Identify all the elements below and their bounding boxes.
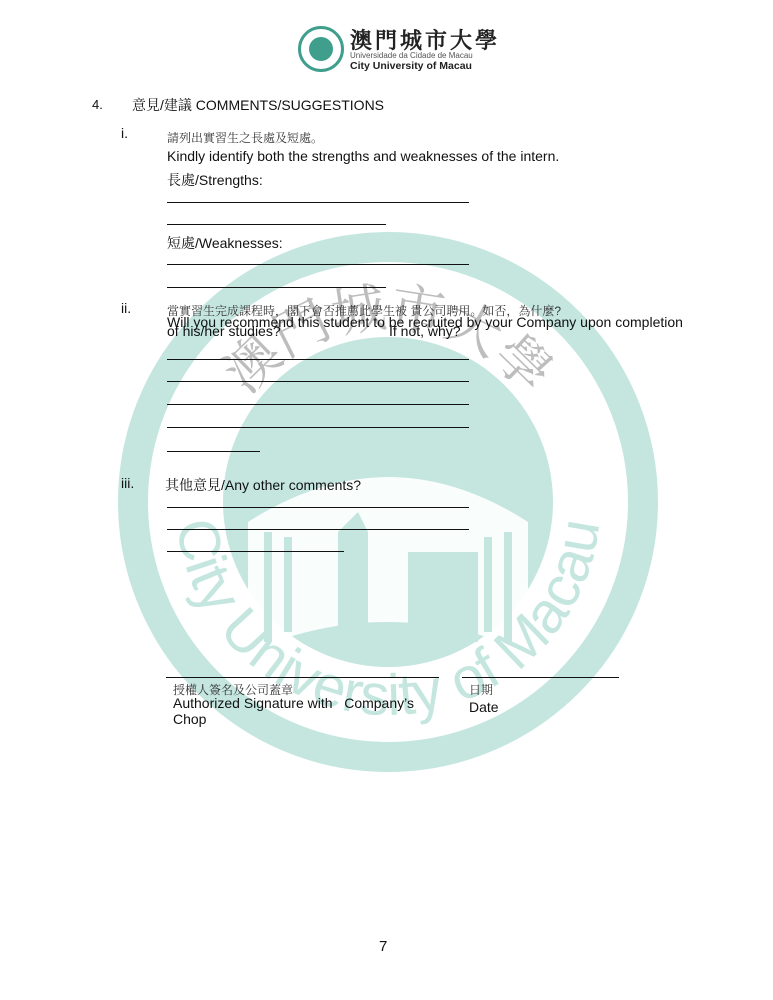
question-ii-prompt-en-line2: of his/her studies? [167, 327, 281, 336]
question-ii-number: ii. [121, 300, 131, 316]
question-i-prompt-cn: 請列出實習生之長處及短處。 [167, 129, 323, 146]
weaknesses-answer-line[interactable] [167, 287, 386, 288]
other-comments-answer-line[interactable] [167, 507, 469, 508]
date-label-en: Date [469, 699, 499, 715]
date-label-cn: 日期 [469, 681, 493, 698]
logo-portuguese-name: Universidade da Cidade de Macau [350, 51, 473, 60]
signature-label-en-line2: Chop [173, 711, 206, 727]
weaknesses-label: 短處/Weaknesses: [167, 233, 283, 253]
seal-icon [298, 26, 344, 72]
section-number: 4. [92, 97, 103, 112]
question-i-number: i. [121, 125, 128, 141]
other-comments-answer-line[interactable] [167, 551, 344, 552]
section-title: 意見/建議 COMMENTS/SUGGESTIONS [132, 95, 384, 115]
recommendation-answer-line[interactable] [167, 451, 260, 452]
university-logo: 澳門城市大學 Universidade da Cidade de Macau C… [298, 26, 478, 76]
date-line[interactable] [462, 677, 619, 678]
recommendation-answer-line[interactable] [167, 404, 469, 405]
recommendation-answer-line[interactable] [167, 381, 469, 382]
strengths-answer-line[interactable] [167, 202, 469, 203]
logo-english-name: City University of Macau [350, 60, 472, 72]
question-ii-prompt-en-tail: If not, why? [389, 327, 461, 336]
other-comments-answer-line[interactable] [167, 529, 469, 530]
weaknesses-answer-line[interactable] [167, 264, 469, 265]
recommendation-answer-line[interactable] [167, 359, 469, 360]
strengths-answer-line[interactable] [167, 224, 386, 225]
question-i-prompt-en: Kindly identify both the strengths and w… [167, 148, 559, 164]
recommendation-answer-line[interactable] [167, 427, 469, 428]
question-iii-number: iii. [121, 475, 134, 491]
signature-label-en: Authorized Signature with Company’s [173, 695, 414, 711]
signature-line[interactable] [166, 677, 439, 678]
strengths-label: 長處/Strengths: [167, 170, 263, 190]
question-iii-prompt: 其他意見/Any other comments? [165, 475, 361, 495]
page-number: 7 [379, 938, 387, 955]
